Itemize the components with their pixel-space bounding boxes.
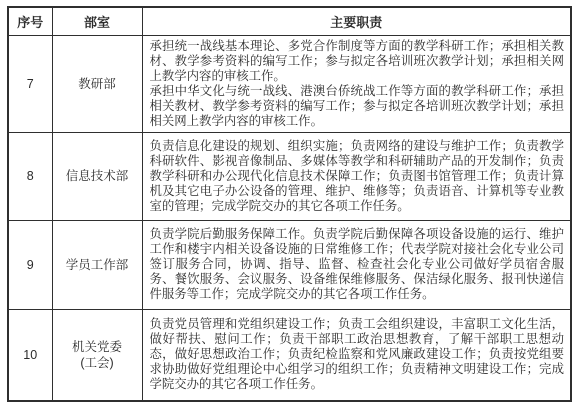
table-header-row: 序号 部室 主要职责 — [8, 7, 571, 35]
table-row: 9 学员工作部 负责学院后勤服务保障工作。负责学院后勤保障各项设备设施的运行、维… — [8, 220, 571, 309]
department-cell: 学员工作部 — [52, 220, 142, 309]
table-row: 10 机关党委 (工会) 负责党员管理和党组织建设工作；负责工会组织建设，丰富职… — [8, 309, 571, 401]
duty-paragraph: 负责信息化建设的规划、组织实施；负责网络的建设与维护工作；负责教学科研软件、影视… — [150, 139, 565, 214]
table-row: 7 教研部 承担统一战线基本理论、多党合作制度等方面的教学科研工作；承担相关教材… — [8, 35, 571, 132]
department-duties-table: 序号 部室 主要职责 7 教研部 承担统一战线基本理论、多党合作制度等方面的教学… — [7, 6, 572, 402]
header-main-duties: 主要职责 — [142, 7, 571, 35]
duties-cell: 负责学院后勤服务保障工作。负责学院后勤保障各项设备设施的运行、维护工作和楼宇内相… — [142, 220, 571, 309]
duties-cell: 负责党员管理和党组织建设工作；负责工会组织建设，丰富职工文化生活，做好帮扶、慰问… — [142, 309, 571, 401]
header-serial-number: 序号 — [8, 7, 52, 35]
page: 序号 部室 主要职责 7 教研部 承担统一战线基本理论、多党合作制度等方面的教学… — [0, 0, 578, 406]
serial-number-cell: 10 — [8, 309, 52, 401]
header-department: 部室 — [52, 7, 142, 35]
serial-number-cell: 7 — [8, 35, 52, 132]
table-row: 8 信息技术部 负责信息化建设的规划、组织实施；负责网络的建设与维护工作；负责教… — [8, 132, 571, 220]
duty-paragraph: 承担统一战线基本理论、多党合作制度等方面的教学科研工作；承担相关教材、教学参考资… — [150, 39, 565, 84]
duties-cell: 负责信息化建设的规划、组织实施；负责网络的建设与维护工作；负责教学科研软件、影视… — [142, 132, 571, 220]
duty-paragraph: 承担中华文化与统一战线、港澳台侨统战工作等方面的教学科研工作；承担相关教材、教学… — [150, 84, 565, 129]
duties-cell: 承担统一战线基本理论、多党合作制度等方面的教学科研工作；承担相关教材、教学参考资… — [142, 35, 571, 132]
department-cell: 机关党委 (工会) — [52, 309, 142, 401]
serial-number-cell: 9 — [8, 220, 52, 309]
department-cell: 信息技术部 — [52, 132, 142, 220]
duty-paragraph: 负责党员管理和党组织建设工作；负责工会组织建设，丰富职工文化生活，做好帮扶、慰问… — [150, 317, 565, 392]
serial-number-cell: 8 — [8, 132, 52, 220]
duty-paragraph: 负责学院后勤服务保障工作。负责学院后勤保障各项设备设施的运行、维护工作和楼宇内相… — [150, 227, 565, 302]
department-cell: 教研部 — [52, 35, 142, 132]
